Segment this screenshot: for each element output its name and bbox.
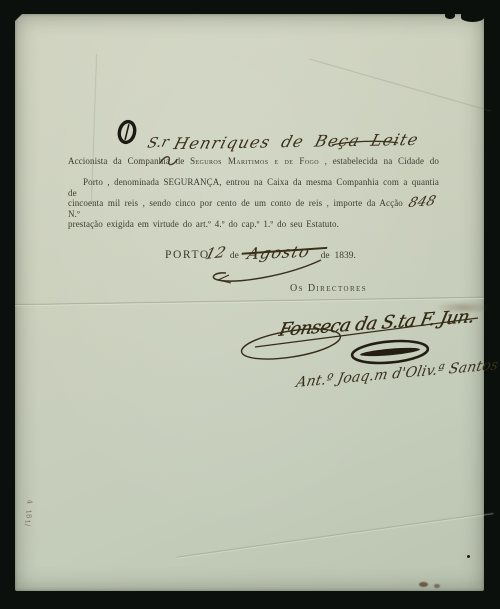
pencil-note: 1/: [23, 519, 32, 528]
directors-label: Os Directores: [290, 283, 367, 294]
company-brand-caps: SEGURANÇA,: [163, 177, 221, 187]
ink-spot: [434, 584, 440, 588]
handwritten-scribble: [157, 151, 179, 174]
crease-line: [176, 512, 493, 560]
body-line-4: prestação exigida em virtude do art.º 4.…: [68, 219, 439, 230]
body-line-3: cincoenta mil reis , sendo cinco por cen…: [68, 198, 439, 220]
signature-underline-flourish: [330, 136, 400, 154]
body-line-3-lead: cincoenta mil reis , sendo cinco por cen…: [68, 198, 403, 220]
crease-line: [308, 58, 491, 112]
document-paper: S.r Henriques de Beça Leite Accionista d…: [15, 14, 484, 591]
body-line-1-tail: , estabelecida na Cidade do: [325, 156, 439, 166]
torn-edge-notch: [445, 13, 455, 19]
date-city: PORTO: [165, 249, 210, 261]
body-line-2-lead: Porto , denominada: [83, 177, 159, 187]
oval-ornament-icon: [114, 118, 140, 151]
body-line-1: Accionista da Companhia de Seguros Marit…: [68, 156, 439, 167]
body-line-2: Porto , denominada SEGURANÇA, entrou na …: [68, 177, 439, 199]
pencil-margin-notes: 4 18 1/: [23, 500, 35, 529]
ink-spot: [419, 582, 428, 587]
pencil-note: 18: [24, 509, 33, 518]
share-number-handwritten: 848: [407, 196, 437, 209]
scan-background: S.r Henriques de Beça Leite Accionista d…: [0, 0, 500, 609]
ink-spot: [467, 555, 470, 558]
pencil-note: 4: [25, 499, 34, 508]
date-year: 1839.: [335, 251, 356, 261]
torn-edge-notch: [461, 13, 484, 22]
crease-line: [15, 296, 484, 306]
company-name-smallcaps: Seguros Maritimos e de Fogo: [190, 156, 319, 166]
addressee-honorific: S.r: [146, 134, 171, 151]
